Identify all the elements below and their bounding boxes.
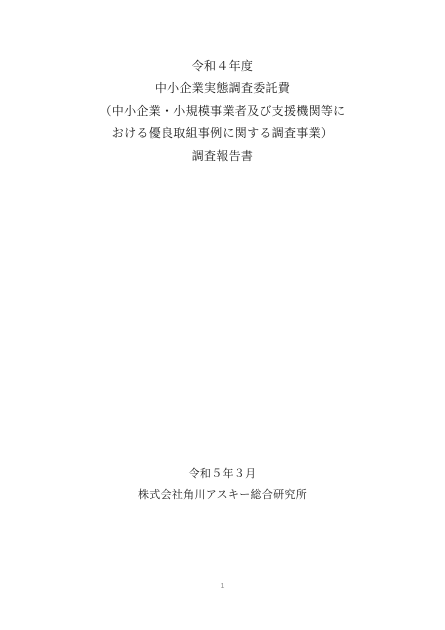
publication-date-line: 令和５年３月: [0, 464, 445, 485]
report-cover-page: 令和４年度 中小企業実態調査委託費 （中小企業・小規模事業者及び支援機関等に お…: [0, 0, 445, 630]
project-name-line-2: おける優良取組事例に関する調査事業）: [0, 122, 445, 144]
report-type-line: 調査報告書: [0, 145, 445, 167]
cover-footer-block: 令和５年３月 株式会社角川アスキー総合研究所: [0, 464, 445, 506]
publisher-name-line: 株式会社角川アスキー総合研究所: [0, 485, 445, 506]
program-name-line: 中小企業実態調査委託費: [0, 77, 445, 99]
project-name-line-1: （中小企業・小規模事業者及び支援機関等に: [0, 100, 445, 122]
page-number: 1: [0, 582, 445, 591]
cover-title-block: 令和４年度 中小企業実態調査委託費 （中小企業・小規模事業者及び支援機関等に お…: [0, 55, 445, 167]
fiscal-year-line: 令和４年度: [0, 55, 445, 77]
